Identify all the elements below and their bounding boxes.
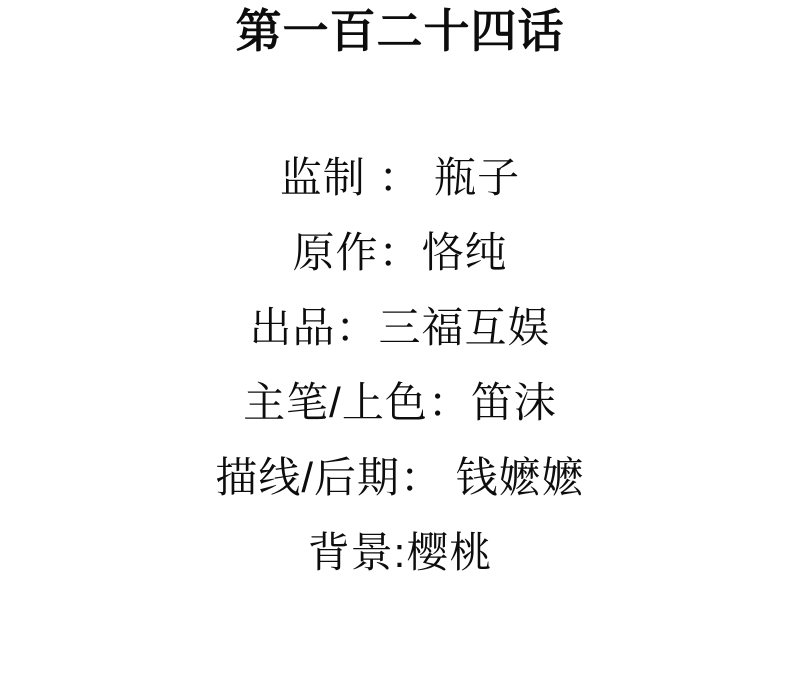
credit-supervisor: 监制 ： 瓶子 (0, 140, 800, 215)
credit-background: 背景:樱桃 (0, 515, 800, 590)
credit-producer: 出品：三福互娱 (0, 290, 800, 365)
credit-artist-colorist: 主笔/上色：笛沫 (0, 365, 800, 440)
credit-lineart-postproduction: 描线/后期： 钱嬷嬷 (0, 440, 800, 515)
credit-original-author: 原作：恪纯 (0, 215, 800, 290)
chapter-title: 第一百二十四话 (0, 0, 800, 56)
credits-page: 第一百二十四话 监制 ： 瓶子 原作：恪纯 出品：三福互娱 主笔/上色：笛沫 描… (0, 0, 800, 675)
credits-list: 监制 ： 瓶子 原作：恪纯 出品：三福互娱 主笔/上色：笛沫 描线/后期： 钱嬷… (0, 140, 800, 590)
